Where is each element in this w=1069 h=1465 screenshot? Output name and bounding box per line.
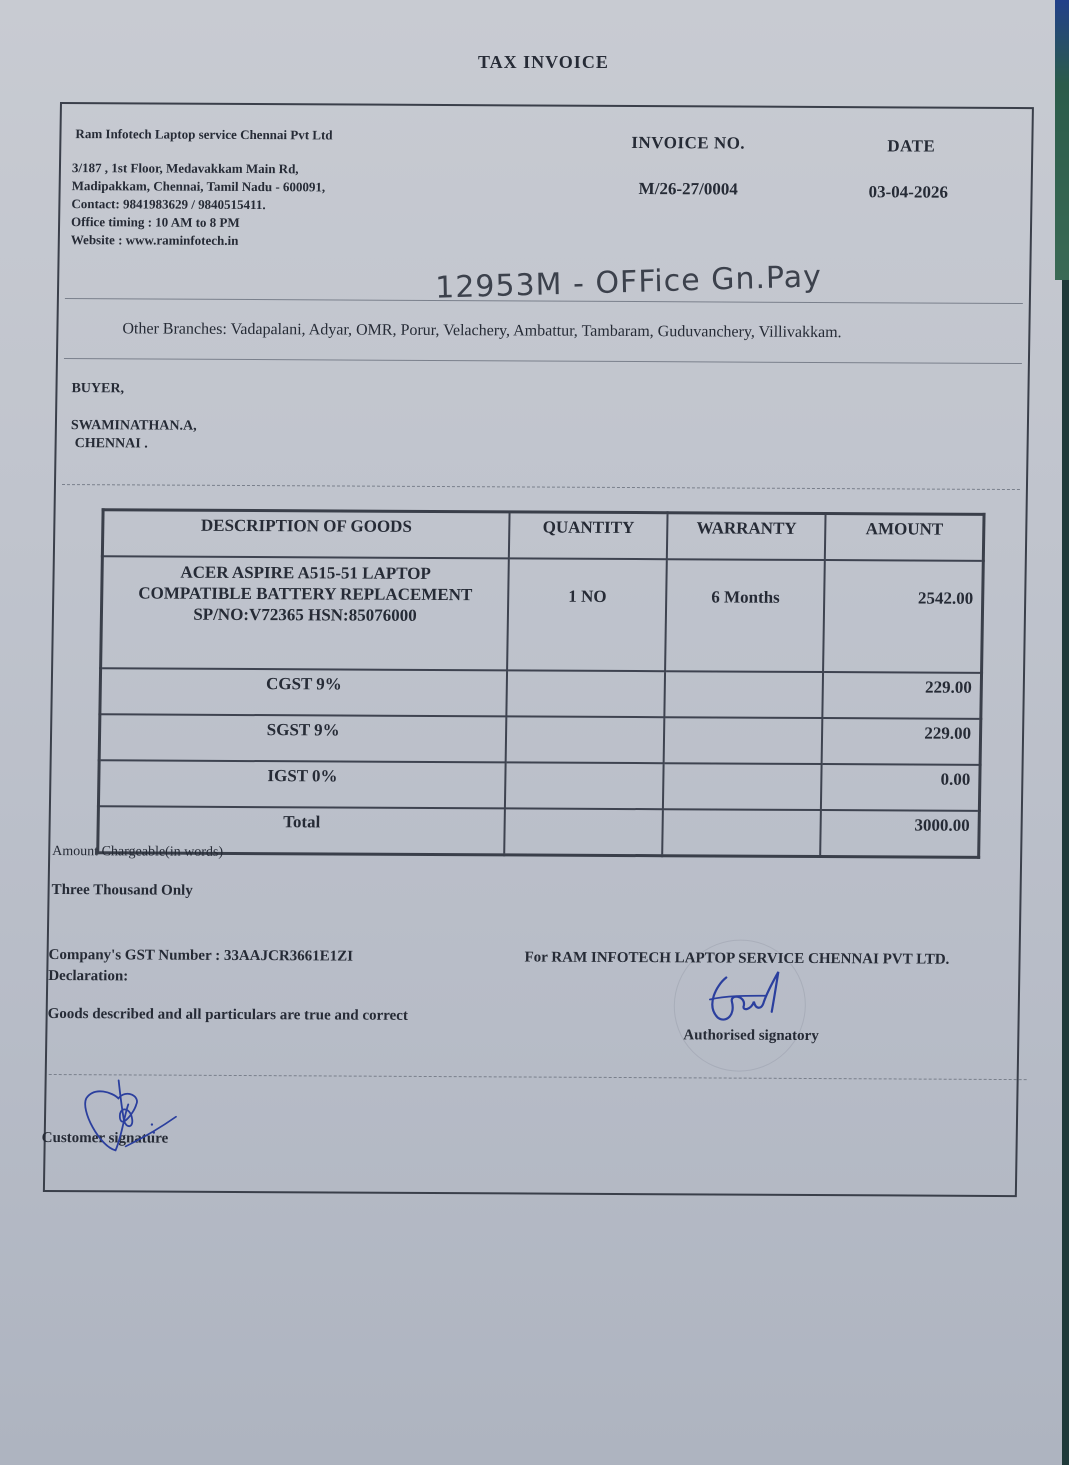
description-line: ACER ASPIRE A515-51 LAPTOP — [111, 561, 499, 584]
empty-cell — [506, 716, 665, 763]
empty-cell — [662, 809, 821, 856]
tax-amount: 0.00 — [821, 764, 980, 811]
seller-name: Ram Infotech Laptop service Chennai Pvt … — [75, 126, 332, 143]
table-row: ACER ASPIRE A515-51 LAPTOP COMPATIBLE BA… — [101, 556, 984, 673]
other-branches: Other Branches: Vadapalani, Adyar, OMR, … — [122, 320, 841, 342]
total-row: Total 3000.00 — [98, 806, 980, 857]
item-quantity: 1 NO — [507, 558, 667, 671]
tax-amount: 229.00 — [823, 672, 982, 719]
seller-address: 3/187 , 1st Floor, Medavakkam Main Rd, M… — [71, 159, 326, 250]
customer-signature-icon — [71, 1076, 192, 1167]
divider — [49, 1074, 1027, 1080]
empty-cell — [664, 717, 823, 764]
item-warranty: 6 Months — [665, 559, 825, 672]
header-description: DESCRIPTION OF GOODS — [102, 510, 509, 559]
buyer-details: SWAMINATHAN.A, CHENNAI . — [70, 417, 196, 454]
empty-cell — [505, 762, 664, 809]
goods-table: DESCRIPTION OF GOODS QUANTITY WARRANTY A… — [96, 508, 985, 859]
tax-label: SGST 9% — [99, 714, 506, 762]
tax-label: IGST 0% — [98, 760, 505, 808]
empty-cell — [504, 808, 663, 855]
gst-number: Company's GST Number : 33AAJCR3661E1ZI — [48, 947, 353, 966]
invoice-frame: Ram Infotech Laptop service Chennai Pvt … — [43, 102, 1034, 1197]
buyer-name: SWAMINATHAN.A, — [71, 417, 197, 436]
empty-cell — [506, 670, 665, 717]
buyer-label: BUYER, — [71, 381, 124, 397]
tax-amount: 229.00 — [822, 718, 981, 765]
item-description: ACER ASPIRE A515-51 LAPTOP COMPATIBLE BA… — [101, 556, 509, 670]
description-line: COMPATIBLE BATTERY REPLACEMENT — [111, 582, 499, 605]
table-row: IGST 0% 0.00 — [98, 760, 980, 811]
header-warranty: WARRANTY — [667, 513, 826, 560]
invoice-number: M/26-27/0004 — [638, 179, 737, 200]
handwritten-note: 12953M - OFFice Gn.Pay — [435, 259, 822, 305]
date-label: DATE — [887, 136, 935, 156]
authorised-signature-icon — [695, 965, 806, 1028]
divider — [62, 484, 1020, 490]
header-amount: AMOUNT — [825, 514, 984, 561]
total-amount: 3000.00 — [821, 810, 980, 857]
invoice-number-label: INVOICE NO. — [631, 133, 745, 154]
amount-in-words-label: Amount Chargeable(in words) — [52, 844, 223, 861]
description-line: SP/NO:V72365 HSN:85076000 — [111, 603, 499, 626]
table-row: SGST 9% 229.00 — [99, 714, 981, 765]
empty-cell — [663, 763, 822, 810]
table-row: CGST 9% 229.00 — [100, 668, 982, 719]
amount-in-words: Three Thousand Only — [51, 882, 192, 900]
tax-label: CGST 9% — [100, 668, 507, 716]
table-header-row: DESCRIPTION OF GOODS QUANTITY WARRANTY A… — [102, 510, 984, 561]
declaration-label: Declaration: — [48, 968, 128, 985]
authorised-signatory-label: Authorised signatory — [683, 1027, 819, 1045]
document-title: TAX INVOICE — [478, 52, 609, 73]
office-timing-line: Office timing : 10 AM to 8 PM — [71, 213, 325, 232]
address-line: Madipakkam, Chennai, Tamil Nadu - 600091… — [72, 177, 326, 196]
invoice-date: 03-04-2026 — [868, 182, 948, 202]
empty-cell — [665, 671, 824, 718]
website-line: Website : www.raminfotech.in — [71, 231, 325, 250]
header-quantity: QUANTITY — [509, 512, 668, 559]
divider — [64, 358, 1022, 364]
declaration-text: Goods described and all particulars are … — [48, 1006, 408, 1025]
item-amount: 2542.00 — [823, 560, 983, 673]
contact-line: Contact: 9841983629 / 9840515411. — [71, 195, 325, 214]
background-edge — [1055, 0, 1069, 280]
buyer-city: CHENNAI . — [70, 435, 196, 454]
address-line: 3/187 , 1st Floor, Medavakkam Main Rd, — [72, 159, 326, 178]
